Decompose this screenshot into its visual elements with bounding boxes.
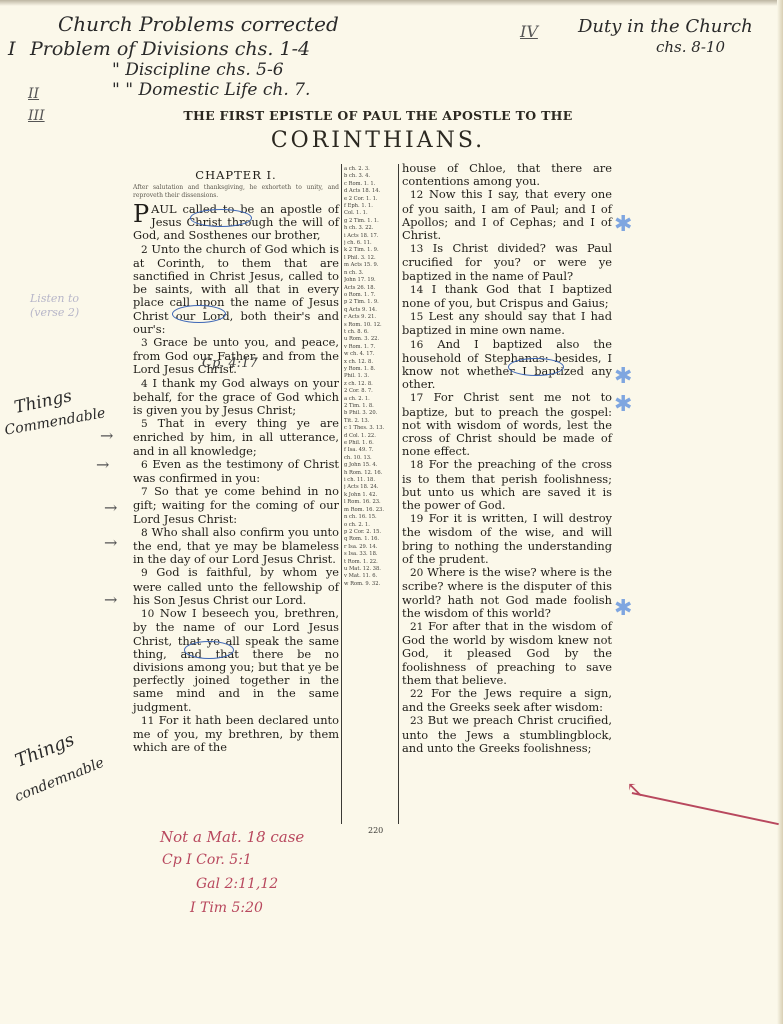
book-title: CORINTHIANS.	[162, 128, 594, 153]
cross-reference: l Rom. 16. 23.	[344, 499, 396, 506]
cross-reference: o ch. 2. 1.	[344, 522, 396, 529]
outline-item-4: Duty in the Church	[578, 16, 753, 37]
cross-reference: u Rom. 3. 22.	[344, 336, 396, 343]
faint-margin-note: Listen to (verse 2)	[30, 292, 100, 320]
cross-reference: 2 Tim. 1. 8.	[344, 403, 396, 410]
cross-reference: t Rom. 1. 22.	[344, 559, 396, 566]
cross-reference: n ch. 16. 15.	[344, 514, 396, 521]
cross-reference: u Mat. 12. 38.	[344, 566, 396, 573]
cross-references: a ch. 2. 3.b ch. 3. 4.c Rom. 1. 1.d Acts…	[344, 166, 396, 588]
cross-reference: v Rom. 1. 7.	[344, 344, 396, 351]
verse-13: 13 Is Christ divided? was Paul crucified…	[402, 242, 612, 283]
cross-reference: c 1 Thes. 3. 13.	[344, 425, 396, 432]
cross-reference: k John 1. 42.	[344, 492, 396, 499]
cross-reference: ch. 10. 13.	[344, 455, 396, 462]
pencil-arrow-icon: →	[104, 590, 117, 609]
cross-reference: a ch. 2. 3.	[344, 166, 396, 173]
blue-circle-annotation	[190, 209, 252, 227]
cross-reference: e 2 Cor. 1. 1.	[344, 196, 396, 203]
cross-reference: t ch. 8. 6.	[344, 329, 396, 336]
verse-19: 19 For it is written, I will destroy the…	[402, 512, 612, 566]
cross-reference: y Rom. 1. 8.	[344, 366, 396, 373]
cross-reference: Acts 26. 18.	[344, 285, 396, 292]
blue-asterisk-icon: ✱	[614, 598, 632, 620]
verse-9: 9 God is faithful, by whom ye were calle…	[133, 566, 339, 607]
outline-numeral-2: II	[28, 86, 39, 102]
cross-reference: j ch. 6. 11.	[344, 240, 396, 247]
cross-reference: g John 15. 4.	[344, 462, 396, 469]
cross-reference: x ch. 12. 8.	[344, 359, 396, 366]
cross-reference: j Acts 18. 24.	[344, 484, 396, 491]
outline-numeral-4: IV	[520, 22, 538, 41]
cross-reference: d Col. 1. 22.	[344, 433, 396, 440]
right-column: house of Chloe, that there are contentio…	[402, 162, 612, 755]
page-top-edge	[0, 0, 783, 6]
pencil-arrow-icon: →	[100, 426, 113, 445]
cross-reference: z ch. 12. 8.	[344, 381, 396, 388]
outline-heading: Church Problems corrected	[58, 12, 339, 36]
blue-asterisk-icon: ✱	[614, 394, 632, 416]
left-column: CHAPTER I. After salutation and thanksgi…	[133, 168, 339, 754]
cross-reference: w ch. 4. 17.	[344, 351, 396, 358]
cross-reference: Col. 1. 1.	[344, 210, 396, 217]
verse-6: 6 Even as the testimony of Christ was co…	[133, 458, 339, 485]
cross-reference: h Rom. 12. 16.	[344, 470, 396, 477]
verse-18: 18 For the preaching of the cross is to …	[402, 458, 612, 512]
verse-23: 23 But we preach Christ crucified, unto …	[402, 714, 612, 755]
cross-reference: c Rom. 1. 1.	[344, 181, 396, 188]
outline-item-1: Problem of Divisions chs. 1-4	[30, 38, 310, 60]
verse-20: 20 Where is the wise? where is the scrib…	[402, 566, 612, 620]
red-note-line2: Cp I Cor. 5:1	[162, 852, 252, 868]
blue-circle-annotation	[172, 305, 226, 323]
cross-reference: i Acts 18. 17.	[344, 233, 396, 240]
verse-11-cont: house of Chloe, that there are contentio…	[402, 162, 612, 188]
red-note-line3: Gal 2:11,12	[196, 876, 278, 892]
verse-4: 4 I thank my God always on your behalf, …	[133, 377, 339, 418]
cross-reference: n ch. 3.	[344, 270, 396, 277]
cross-reference: f Isa. 49. 7.	[344, 447, 396, 454]
red-arrow-icon: ↖	[626, 778, 644, 803]
cross-reference: w Rom. 9. 32.	[344, 581, 396, 588]
cross-reference: r Isa. 29. 14.	[344, 544, 396, 551]
cross-reference: b ch. 3. 4.	[344, 173, 396, 180]
cross-reference: q Acts 9. 14.	[344, 307, 396, 314]
cross-reference: m Acts 15. 9.	[344, 262, 396, 269]
things-condemnable-line1: Things	[12, 729, 77, 772]
chapter-summary: After salutation and thanksgiving, he ex…	[133, 184, 339, 199]
cross-reference: q Rom. 1. 16.	[344, 536, 396, 543]
cross-reference: d Acts 18. 14.	[344, 188, 396, 195]
cross-reference: 2 Cor. 8. 7.	[344, 388, 396, 395]
pencil-arrow-icon: →	[96, 455, 109, 474]
verse-7: 7 So that ye come behind in no gift; wai…	[133, 485, 339, 526]
verse-22: 22 For the Jews require a sign, and the …	[402, 687, 612, 714]
cross-reference: Phil. 1. 3.	[344, 373, 396, 380]
outline-item-2: " Discipline chs. 5-6	[112, 60, 284, 80]
verse-8: 8 Who shall also confirm you unto the en…	[133, 526, 339, 567]
cross-reference: k 2 Tim. 1. 9.	[344, 247, 396, 254]
cross-reference: f Eph. 1. 1.	[344, 203, 396, 210]
cross-reference: g 2 Tim. 1. 1.	[344, 218, 396, 225]
red-note-line4: I Tim 5:20	[190, 900, 263, 916]
cross-reference: b Phil. 3. 20.	[344, 410, 396, 417]
blue-asterisk-icon: ✱	[614, 214, 632, 236]
column-rule-left	[341, 164, 342, 824]
cross-reference: p 2 Cor. 2. 15.	[344, 529, 396, 536]
verse-2: 2 Unto the church of God which is at Cor…	[133, 243, 339, 336]
verse-14: 14 I thank God that I baptized none of y…	[402, 283, 612, 310]
inline-reference-note: Cp. 4:17	[202, 356, 258, 371]
cross-reference: p 2 Tim. 1. 9.	[344, 299, 396, 306]
verse-5: 5 That in every thing ye are enriched by…	[133, 417, 339, 458]
cross-reference: m Rom. 16. 23.	[344, 507, 396, 514]
outline-item-4-chapters: chs. 8-10	[656, 38, 725, 56]
cross-reference: i ch. 11. 18.	[344, 477, 396, 484]
verse-17: 17 For Christ sent me not to baptize, bu…	[402, 391, 612, 458]
cross-reference: l Phil. 3. 12.	[344, 255, 396, 262]
blue-asterisk-icon: ✱	[614, 366, 632, 388]
red-note-line1: Not a Mat. 18 case	[160, 828, 304, 846]
dropcap: P	[133, 204, 149, 224]
cross-reference: e Phil. 1. 6.	[344, 440, 396, 447]
red-arrow-line	[632, 792, 779, 825]
page-right-edge	[777, 0, 783, 1024]
outline-numeral-3: III	[28, 108, 45, 124]
blue-circle-annotation	[508, 358, 564, 376]
verse-16: 16 And I baptized also the household of …	[402, 338, 612, 392]
cross-reference: s Isa. 33. 18.	[344, 551, 396, 558]
cross-reference: s Rom. 10. 12.	[344, 322, 396, 329]
verse-15: 15 Lest any should say that I had baptiz…	[402, 310, 612, 337]
verse-11: 11 For it hath been declared unto me of …	[133, 714, 339, 755]
pencil-arrow-icon: →	[104, 498, 117, 517]
cross-reference: o Rom. 1. 7.	[344, 292, 396, 299]
column-rule-right	[398, 164, 399, 824]
chapter-heading: CHAPTER I.	[133, 168, 339, 182]
cross-reference: a ch. 2. 1.	[344, 396, 396, 403]
outline-numeral-1: I	[8, 38, 16, 60]
cross-reference: Tit. 2. 13.	[344, 418, 396, 425]
verse-12: 12 Now this I say, that every one of you…	[402, 188, 612, 242]
page-number: 220	[368, 826, 383, 835]
book-subtitle: THE FIRST EPISTLE OF PAUL THE APOSTLE TO…	[162, 108, 594, 123]
verse-21: 21 For after that in the wisdom of God t…	[402, 620, 612, 687]
cross-reference: John 17. 19.	[344, 277, 396, 284]
outline-item-3: " " Domestic Life ch. 7.	[112, 80, 310, 100]
cross-reference: v Mat. 11. 6.	[344, 573, 396, 580]
blue-circle-annotation	[184, 641, 234, 659]
cross-reference: r Acts 9. 21.	[344, 314, 396, 321]
verse-10: 10 Now I beseech you, brethren, by the n…	[133, 607, 339, 714]
pencil-arrow-icon: →	[104, 533, 117, 552]
cross-reference: h ch. 3. 22.	[344, 225, 396, 232]
